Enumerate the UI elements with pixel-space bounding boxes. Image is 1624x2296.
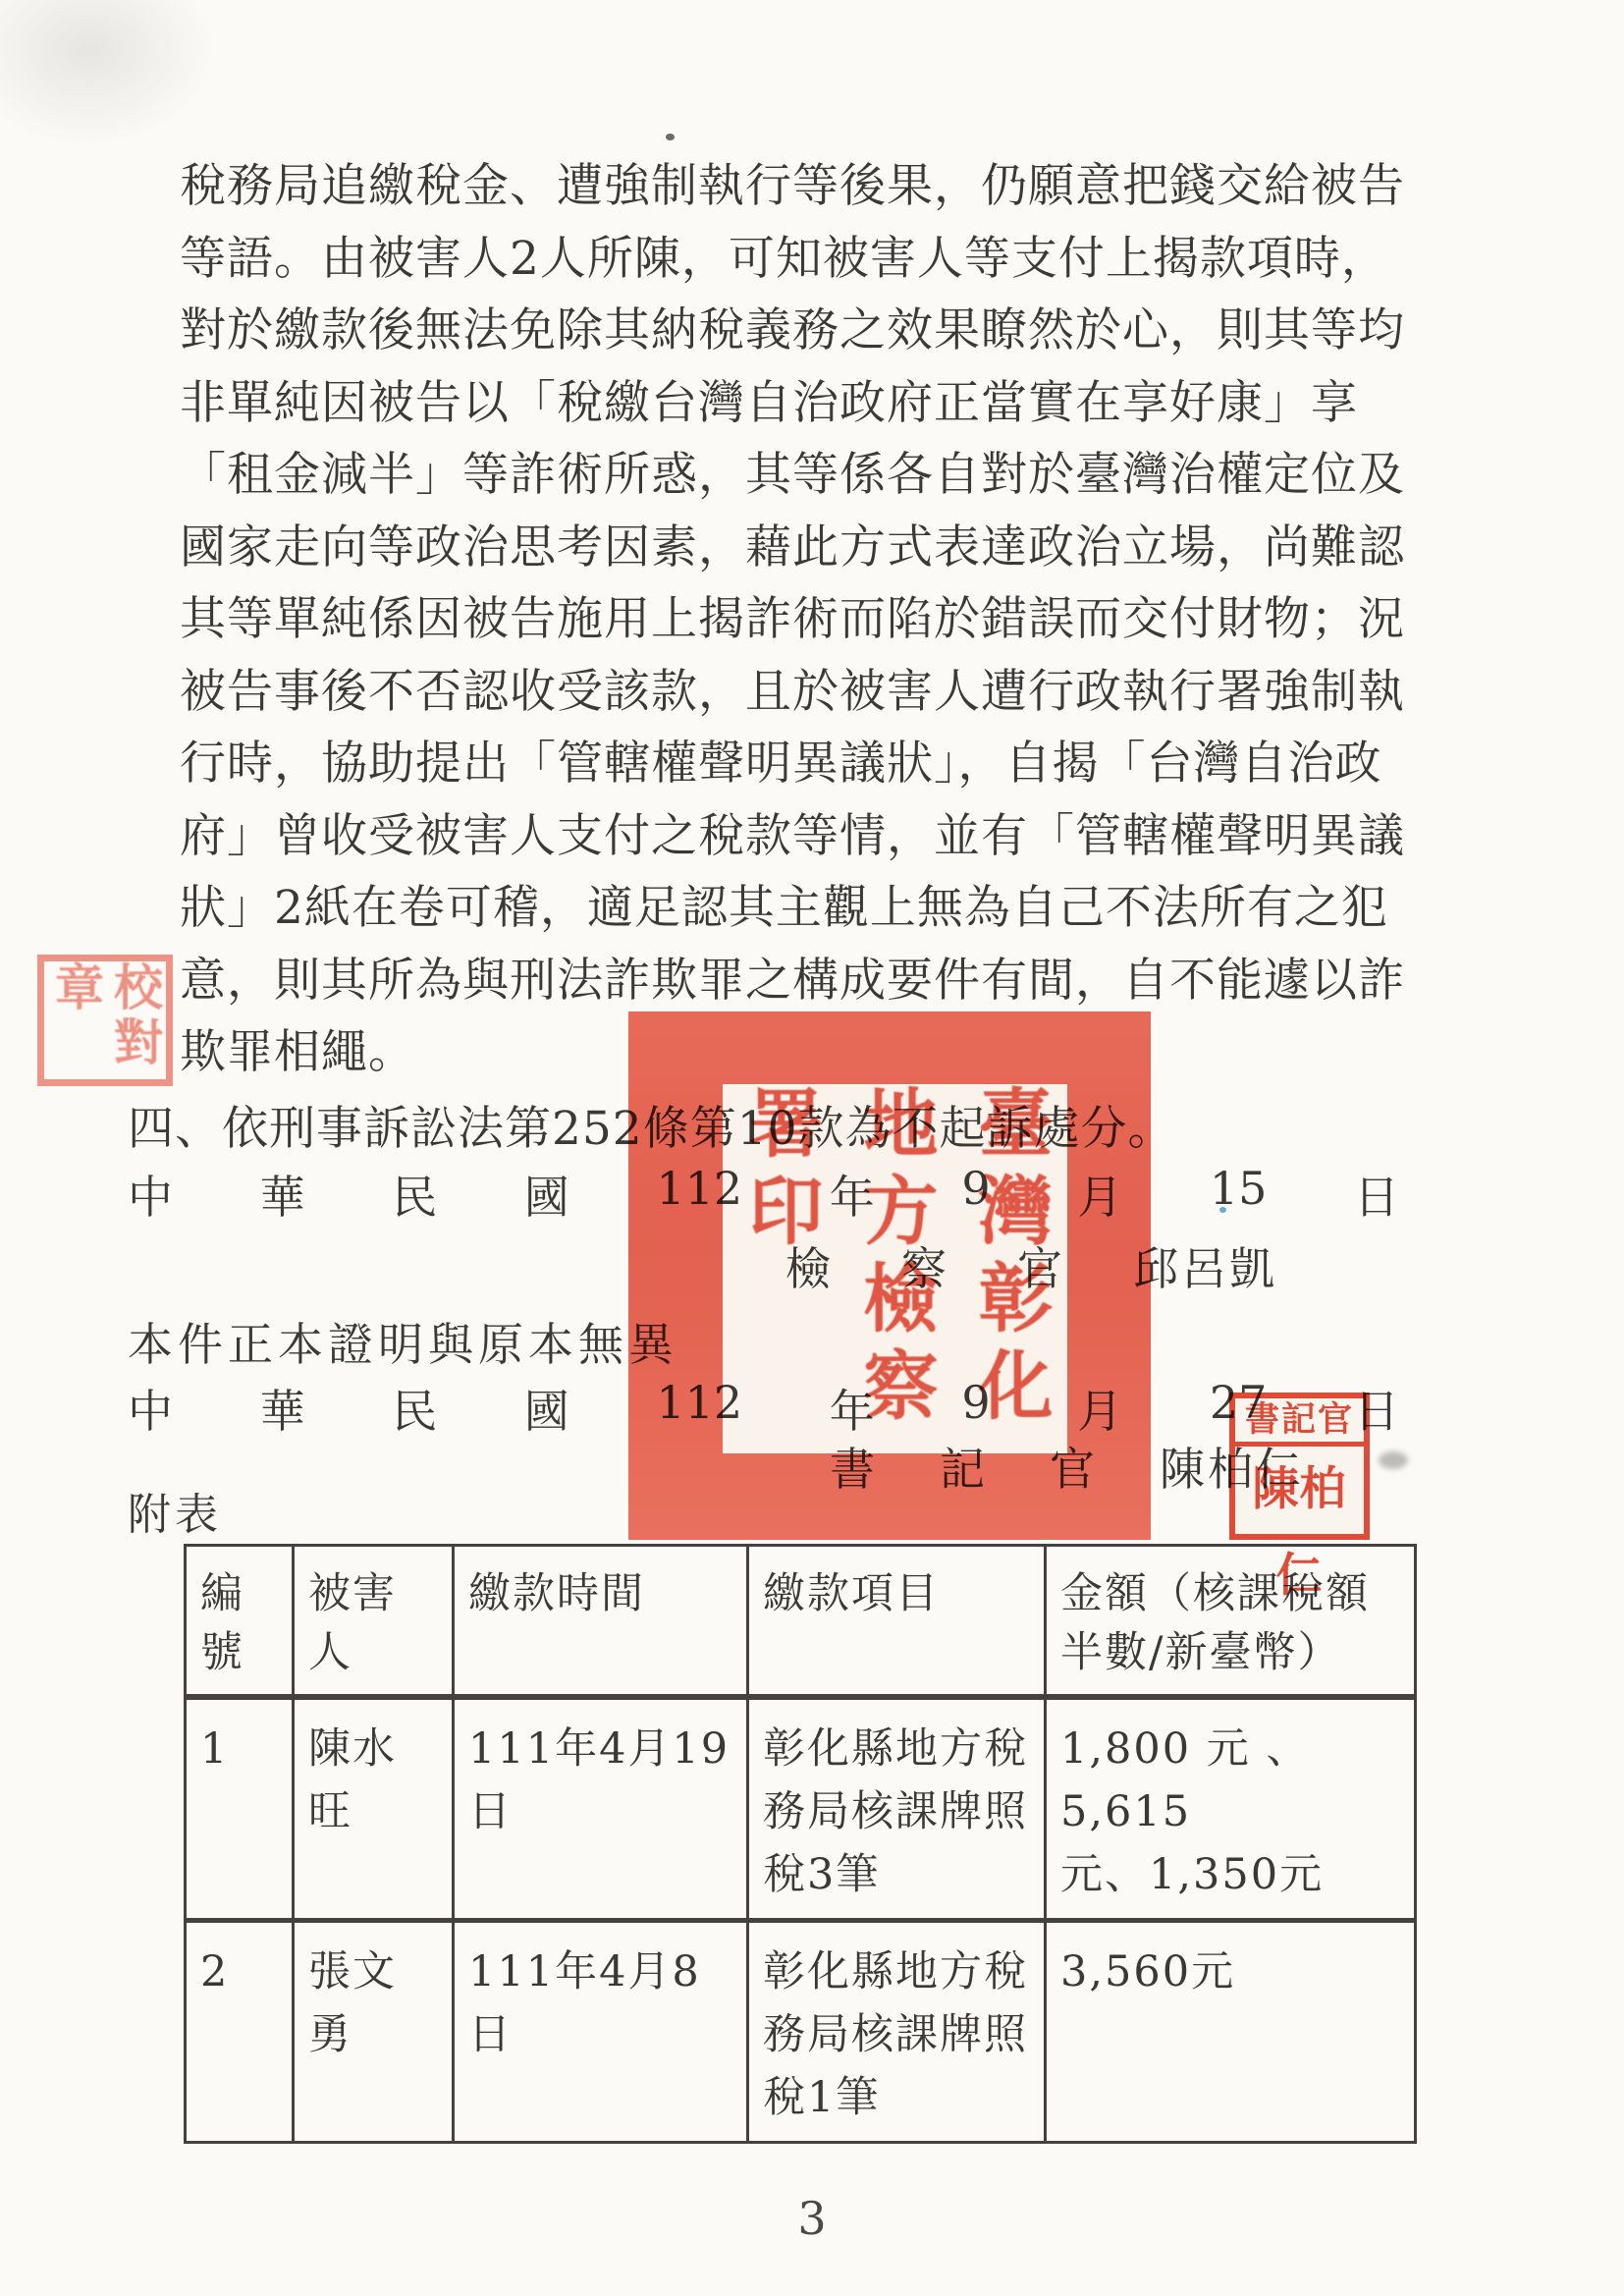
cell-id: 2 xyxy=(186,1921,294,2143)
body-line: 非單純因被告以「稅繳台灣自治政府正當實在享好康」享 xyxy=(180,366,1358,432)
date-token: 民 xyxy=(392,1376,437,1441)
body-line: 國家走向等政治思考因素，藉此方式表達政治立場，尚難認 xyxy=(180,511,1405,576)
cell-victim: 陳水旺 xyxy=(294,1697,454,1921)
cell-payment-time: 111年4月19日 xyxy=(454,1697,748,1921)
date-token: 民 xyxy=(392,1162,437,1227)
date-token: 日 xyxy=(1354,1162,1399,1227)
proofreading-seal: 校對章 xyxy=(37,955,173,1086)
scan-speck xyxy=(666,134,675,140)
table-row: 1 陳水旺 111年4月19日 彰化縣地方稅 務局核課牌照 稅3筆 1,800 … xyxy=(186,1697,1416,1921)
attachment-label: 附表 xyxy=(128,1479,222,1542)
date-token: 中 xyxy=(128,1376,173,1441)
date-token: 國 xyxy=(524,1162,569,1227)
scanned-document-page: 稅務局追繳稅金、遭強制執行等後果，仍願意把錢交給被告 等語。由被害人2人所陳，可… xyxy=(0,0,1624,2296)
cell-payment-item: 彰化縣地方稅 務局核課牌照 稅3筆 xyxy=(748,1697,1046,1921)
body-line: 意，則其所為與刑法詐欺罪之構成要件有間，自不能遽以詐 xyxy=(180,944,1405,1010)
body-line: 行時，協助提出「管轄權聲明異議狀」，自揭「台灣自治政 xyxy=(180,727,1382,793)
date-token: 中 xyxy=(128,1162,173,1227)
cell-payment-item: 彰化縣地方稅 務局核課牌照 稅1筆 xyxy=(748,1921,1046,2143)
official-seal: 臺灣彰化地方檢察署印 xyxy=(628,1011,1151,1540)
body-line: 等語。由被害人2人所陳，可知被害人等支付上揭款項時， xyxy=(180,222,1388,288)
clerk-stamp-role: 書記官 xyxy=(1235,1398,1364,1447)
header-id: 編號 xyxy=(186,1546,294,1698)
proofreading-seal-glyphs: 校對章 xyxy=(46,961,164,1079)
clerk-stamp-name: 陳柏仁 xyxy=(1235,1447,1364,1619)
date-token: 國 xyxy=(524,1376,569,1441)
body-line: 「租金減半」等詐術所惑，其等係各自對於臺灣治權定位及 xyxy=(180,438,1405,504)
body-line: 府」曾收受被害人支付之稅款等情，並有「管轄權聲明異議 xyxy=(180,799,1405,865)
cell-amount: 3,560元 xyxy=(1046,1921,1416,2143)
scan-smudge xyxy=(0,0,216,147)
scan-smudge-gray xyxy=(1379,1451,1408,1469)
prosecutor-name: 邱呂凱 xyxy=(1133,1233,1277,1298)
table-row: 2 張文勇 111年4月8日 彰化縣地方稅 務局核課牌照 稅1筆 3,560元 xyxy=(186,1921,1416,2143)
body-line: 其等單純係因被告施用上揭詐術而陷於錯誤而交付財物；況 xyxy=(180,582,1405,648)
official-seal-inner: 臺灣彰化地方檢察署印 xyxy=(723,1084,1067,1453)
body-line: 被告事後不否認收受該款，且於被害人遭行政執行署強制執 xyxy=(180,655,1405,721)
header-victim: 被害人 xyxy=(294,1546,454,1698)
body-line: 欺罪相繩。 xyxy=(180,1015,415,1081)
header-payment-time: 繳款時間 xyxy=(454,1546,748,1698)
body-line: 稅務局追繳稅金、遭強制執行等後果，仍願意把錢交給被告 xyxy=(180,149,1405,215)
cell-victim: 張文勇 xyxy=(294,1921,454,2143)
date-token: 15 xyxy=(1210,1162,1268,1227)
certification-line: 本件正本證明與原本無異 xyxy=(128,1309,678,1374)
attached-table: 編號 被害人 繳款時間 繳款項目 金額（核課稅額 半數/新臺幣） 1 陳水旺 1… xyxy=(184,1544,1417,2144)
page-number: 3 xyxy=(0,2192,1624,2245)
date-token: 華 xyxy=(260,1162,305,1227)
cell-payment-time: 111年4月8日 xyxy=(454,1921,748,2143)
date-token: 華 xyxy=(260,1376,305,1441)
body-line: 狀」2紙在卷可稽，適足認其主觀上無為自己不法所有之犯 xyxy=(180,871,1388,937)
table-header-row: 編號 被害人 繳款時間 繳款項目 金額（核課稅額 半數/新臺幣） xyxy=(186,1546,1416,1698)
cell-id: 1 xyxy=(186,1697,294,1921)
header-payment-item: 繳款項目 xyxy=(748,1546,1046,1698)
cell-amount: 1,800 元 、 5,615 元、1,350元 xyxy=(1046,1697,1416,1921)
clerk-stamp: 書記官 陳柏仁 xyxy=(1229,1393,1370,1540)
body-line: 對於繳款後無法免除其納稅義務之效果瞭然於心，則其等均 xyxy=(180,294,1405,359)
official-seal-glyphs: 臺灣彰化地方檢察署印 xyxy=(723,1084,1067,1453)
